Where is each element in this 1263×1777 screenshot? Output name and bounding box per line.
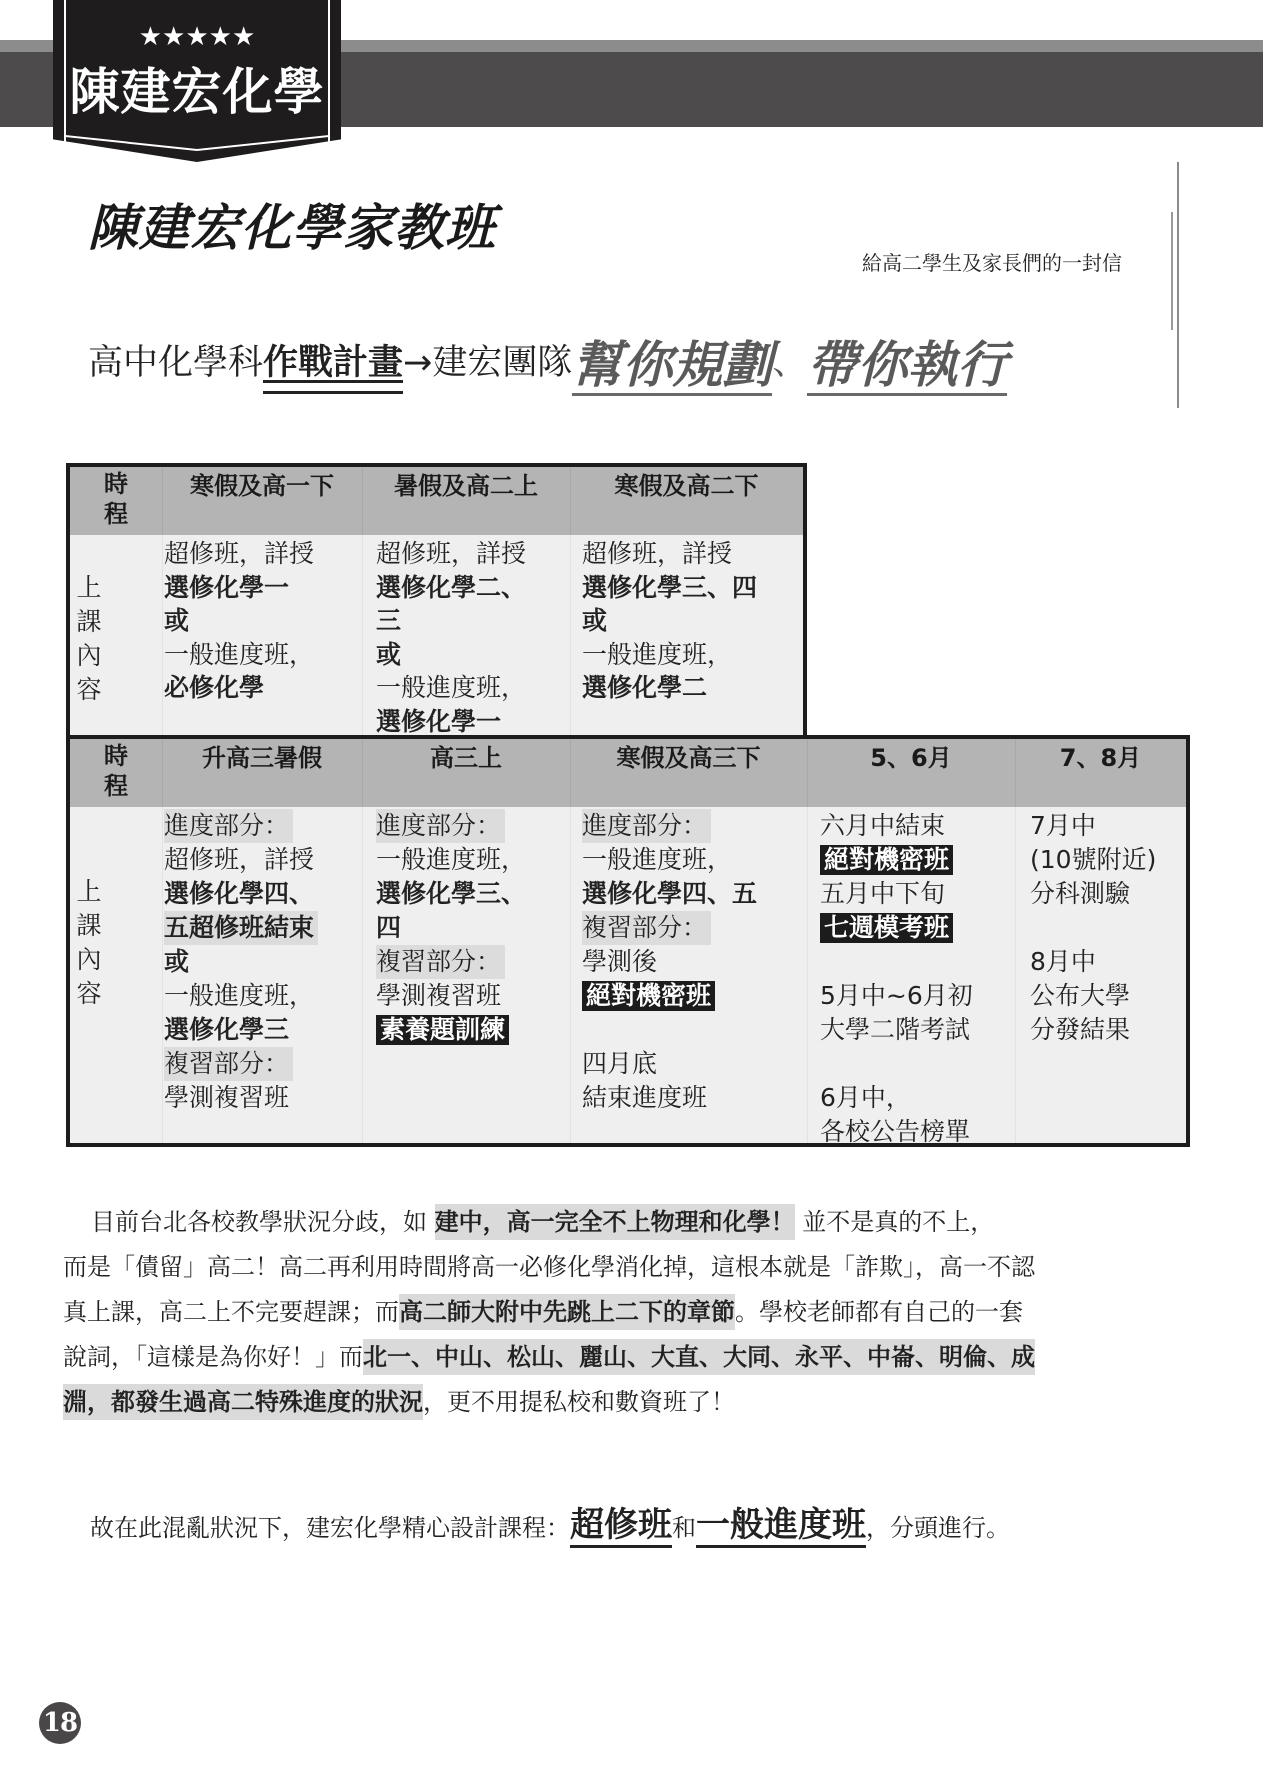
cell-line: 學測複習班 bbox=[376, 979, 526, 1013]
course-name-regular: 一般進度班 bbox=[696, 1505, 866, 1548]
header-cell: 7、8月 bbox=[1015, 739, 1186, 807]
header-label: 時程 bbox=[103, 469, 129, 529]
cell-line: 五超修班結束 bbox=[164, 911, 318, 945]
schedule-table-grade10-11: 時程 寒假及高一下 暑假及高二上 寒假及高二下 上課內容 超修班，詳授 選修化學… bbox=[66, 463, 807, 739]
cell-line: 選修化學四、 bbox=[164, 877, 318, 911]
header-cell: 寒假及高二下 bbox=[570, 467, 803, 535]
cell-line: 結束進度班 bbox=[582, 1081, 757, 1115]
column-divider bbox=[162, 535, 163, 735]
course-name-advanced: 超修班 bbox=[570, 1505, 672, 1548]
row-label-content: 上課內容 bbox=[76, 875, 102, 1011]
slogan-emphasis-execute: 帶你執行 bbox=[807, 330, 1007, 400]
spacer bbox=[582, 1013, 757, 1047]
cell-line: 分發結果 bbox=[1030, 1013, 1156, 1047]
column-divider bbox=[1015, 807, 1016, 1143]
cell-line: 或 bbox=[376, 638, 526, 672]
text-span: 目前台北各校教學狀況分歧，如 bbox=[91, 1208, 435, 1236]
text-span: 並不是真的不上， bbox=[795, 1208, 995, 1236]
cell-line: 一般進度班， bbox=[582, 843, 757, 877]
cell-line: (10號附近) bbox=[1030, 843, 1156, 877]
cell-line: 必修化學 bbox=[164, 671, 314, 705]
cell-line: 選修化學二 bbox=[582, 671, 757, 705]
table-cell: 超修班，詳授 選修化學二、 三 或 一般進度班， 選修化學一 bbox=[376, 537, 526, 738]
paragraph-line: 淵，都發生過高二特殊進度的狀況，更不用提私校和數資班了！ bbox=[63, 1380, 1203, 1425]
paragraph-line: 而是「債留」高二！高二再利用時間將高一必修化學消化掉，這根本就是「詐欺」，高一不… bbox=[63, 1245, 1203, 1290]
highlighted-text: 淵，都發生過高二特殊進度的狀況 bbox=[63, 1384, 423, 1420]
decorative-divider bbox=[1177, 162, 1179, 408]
text-span: 真上課，高二上不完要趕課；而 bbox=[63, 1298, 399, 1326]
header-cell: 寒假及高一下 bbox=[162, 467, 362, 535]
highlighted-text: 北一、中山、松山、麗山、大直、大同、永平、中崙、明倫、成 bbox=[363, 1339, 1035, 1375]
text-span: ，更不用提私校和數資班了！ bbox=[423, 1388, 735, 1416]
cell-line: 或 bbox=[582, 604, 757, 638]
cell-line: 選修化學三、 bbox=[376, 877, 526, 911]
cell-line: 7月中 bbox=[1030, 809, 1156, 843]
cell-line: 超修班，詳授 bbox=[582, 537, 757, 571]
cell-line: 六月中結束 bbox=[820, 809, 973, 843]
table-header-row: 時程 升高三暑假 高三上 寒假及高三下 5、6月 7、8月 bbox=[70, 739, 1186, 807]
cell-line: 三 bbox=[376, 604, 526, 638]
paragraph-line: 真上課，高二上不完要趕課；而高二師大附中先跳上二下的章節。學校老師都有自己的一套 bbox=[63, 1290, 1203, 1335]
cell-line: 學測複習班 bbox=[164, 1081, 318, 1115]
header-cell: 寒假及高三下 bbox=[570, 739, 807, 807]
table-cell: 進度部分： 一般進度班， 選修化學四、五 複習部分： 學測後 絕對機密班 四月底… bbox=[582, 809, 757, 1115]
cell-line: 一般進度班， bbox=[582, 638, 757, 672]
cell-line: 學測後 bbox=[582, 945, 757, 979]
highlight-tag: 絕對機密班 bbox=[820, 845, 953, 875]
slogan-emphasis-plan: 幫你規劃 bbox=[572, 330, 772, 400]
cell-line: 四月底 bbox=[582, 1047, 757, 1081]
section-label-review: 複習部分： bbox=[164, 1047, 293, 1081]
section-label-progress: 進度部分： bbox=[376, 809, 505, 843]
text-span: 和 bbox=[672, 1514, 696, 1542]
cell-line: 選修化學三 bbox=[164, 1013, 318, 1047]
text-span: 。學校老師都有自己的一套 bbox=[735, 1298, 1023, 1326]
header-cell: 5、6月 bbox=[807, 739, 1015, 807]
brand-badge-outline-bottom bbox=[64, 128, 330, 152]
column-divider bbox=[362, 535, 363, 735]
cell-line: 選修化學二、 bbox=[376, 571, 526, 605]
table-cell: 超修班，詳授 選修化學一 或 一般進度班， 必修化學 bbox=[164, 537, 314, 705]
spacer bbox=[820, 1047, 973, 1081]
cell-line: 選修化學一 bbox=[376, 705, 526, 739]
cell-line: 四 bbox=[376, 911, 526, 945]
cell-line: 各校公告榜單 bbox=[820, 1115, 973, 1149]
highlight-tag: 絕對機密班 bbox=[582, 981, 715, 1011]
highlight-tag: 七週模考班 bbox=[820, 913, 953, 943]
cell-line: 超修班，詳授 bbox=[164, 537, 314, 571]
spacer bbox=[820, 945, 973, 979]
column-divider bbox=[807, 807, 808, 1143]
cell-line: 一般進度班， bbox=[376, 843, 526, 877]
cell-line: 6月中， bbox=[820, 1081, 973, 1115]
body-paragraph: 目前台北各校教學狀況分歧，如 建中，高一完全不上物理和化學！ 並不是真的不上， … bbox=[63, 1200, 1203, 1425]
header-cell: 升高三暑假 bbox=[162, 739, 362, 807]
table-cell: 進度部分： 超修班，詳授 選修化學四、 五超修班結束 或 一般進度班， 選修化學… bbox=[164, 809, 318, 1115]
header-cell-schedule: 時程 bbox=[70, 739, 162, 807]
table-cell: 7月中 (10號附近) 分科測驗 8月中 公布大學 分發結果 bbox=[1030, 809, 1156, 1047]
row-label-content: 上課內容 bbox=[76, 571, 102, 707]
page-title: 陳建宏化學家教班 bbox=[88, 196, 496, 260]
header-cell-schedule: 時程 bbox=[70, 467, 162, 535]
highlighted-text: 建中，高一完全不上物理和化學！ bbox=[435, 1204, 795, 1240]
paragraph-line: 說詞，「這樣是為你好！」而北一、中山、松山、麗山、大直、大同、永平、中崙、明倫、… bbox=[63, 1335, 1203, 1380]
cell-line: 公布大學 bbox=[1030, 979, 1156, 1013]
table-cell: 進度部分： 一般進度班， 選修化學三、 四 複習部分： 學測複習班 素養題訓練 bbox=[376, 809, 526, 1047]
cell-line: 一般進度班， bbox=[164, 638, 314, 672]
text-span: 故在此混亂狀況下，建宏化學精心設計課程： bbox=[90, 1514, 570, 1542]
column-divider bbox=[570, 807, 571, 1143]
column-divider bbox=[162, 807, 163, 1143]
cell-line: 或 bbox=[164, 604, 314, 638]
paragraph-line: 目前台北各校教學狀況分歧，如 建中，高一完全不上物理和化學！ 並不是真的不上， bbox=[63, 1200, 1203, 1245]
section-label-progress: 進度部分： bbox=[582, 809, 711, 843]
cell-line: 超修班，詳授 bbox=[376, 537, 526, 571]
cell-line: 一般進度班， bbox=[164, 979, 318, 1013]
decorative-divider bbox=[1171, 212, 1173, 330]
slogan-keyword: 作戰計畫 bbox=[263, 328, 403, 400]
header-label: 時程 bbox=[103, 741, 129, 801]
table-border bbox=[803, 735, 1190, 739]
slogan-middle: →建宏團隊 bbox=[403, 343, 572, 383]
cell-line: 或 bbox=[164, 945, 318, 979]
cell-line: 大學二階考試 bbox=[820, 1013, 973, 1047]
cell-line: 選修化學三、四 bbox=[582, 571, 757, 605]
brand-logo-text: 陳建宏化學 bbox=[53, 60, 341, 124]
text-span: 說詞，「這樣是為你好！」而 bbox=[63, 1343, 363, 1371]
cell-line: 一般進度班， bbox=[376, 671, 526, 705]
section-label-progress: 進度部分： bbox=[164, 809, 293, 843]
star-rating-icon: ★★★★★ bbox=[53, 22, 341, 52]
cell-line: 選修化學一 bbox=[164, 571, 314, 605]
section-label-review: 複習部分： bbox=[582, 911, 711, 945]
spacer bbox=[1030, 911, 1156, 945]
slogan-prefix: 高中化學科 bbox=[88, 343, 263, 383]
slogan-separator: 、 bbox=[772, 343, 807, 383]
schedule-table-grade12: 時程 升高三暑假 高三上 寒假及高三下 5、6月 7、8月 上課內容 進度部分：… bbox=[66, 735, 1190, 1147]
highlighted-text: 高二師大附中先跳上二下的章節 bbox=[399, 1294, 735, 1330]
closing-statement: 故在此混亂狀況下，建宏化學精心設計課程：超修班和一般進度班，分頭進行。 bbox=[90, 1500, 1010, 1553]
cell-line: 超修班，詳授 bbox=[164, 843, 318, 877]
slogan: 高中化學科作戰計畫→建宏團隊幫你規劃、帶你執行 bbox=[88, 328, 1007, 398]
cell-line: 選修化學四、五 bbox=[582, 877, 757, 911]
cell-line: 5月中~6月初 bbox=[820, 979, 973, 1013]
table-cell: 六月中結束 絕對機密班 五月中下旬 七週模考班 5月中~6月初 大學二階考試 6… bbox=[820, 809, 973, 1149]
cell-line: 8月中 bbox=[1030, 945, 1156, 979]
highlight-tag: 素養題訓練 bbox=[376, 1015, 509, 1045]
section-label-review: 複習部分： bbox=[376, 945, 505, 979]
column-divider bbox=[362, 807, 363, 1143]
cell-line: 分科測驗 bbox=[1030, 877, 1156, 911]
text-span: ，分頭進行。 bbox=[866, 1514, 1010, 1542]
page-number-badge: 18 bbox=[39, 1702, 81, 1744]
page-subtitle: 給高二學生及家長們的一封信 bbox=[862, 250, 1122, 276]
column-divider bbox=[570, 535, 571, 735]
header-cell: 高三上 bbox=[362, 739, 570, 807]
table-cell: 超修班，詳授 選修化學三、四 或 一般進度班， 選修化學二 bbox=[582, 537, 757, 705]
header-cell: 暑假及高二上 bbox=[362, 467, 570, 535]
table-header-row: 時程 寒假及高一下 暑假及高二上 寒假及高二下 bbox=[70, 467, 803, 535]
cell-line: 五月中下旬 bbox=[820, 877, 973, 911]
